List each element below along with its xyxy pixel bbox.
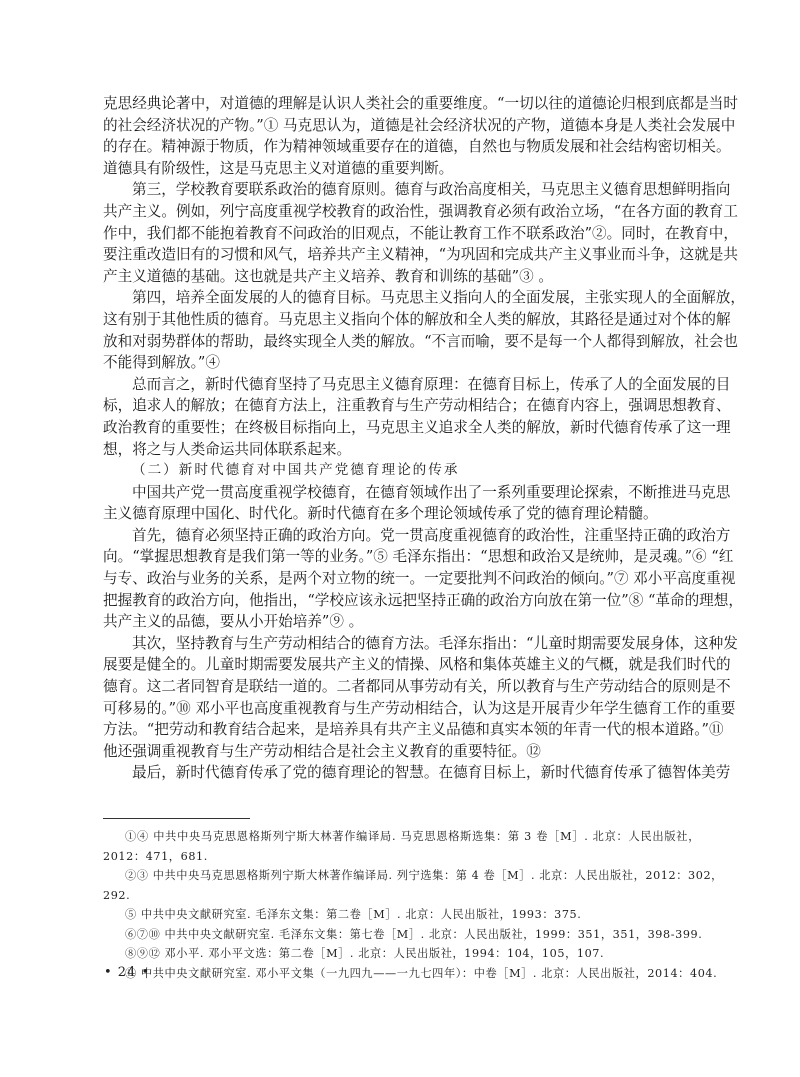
footnote-divider [103, 818, 250, 819]
body-line: 共产主义的品德，要从小开始培养”⑨ 。 [103, 611, 700, 633]
body-line: 克思经典论著中，对道德的理解是认识人类社会的重要维度。“一切以往的道德论归根到底… [103, 93, 700, 115]
footnote-line: ⑧⑨⑫ 邓小平. 邓小平文选：第二卷［M］. 北京：人民出版社，1994：104… [103, 944, 700, 964]
section-heading: （二）新时代德育对中国共产党德育理论的传承 [103, 460, 700, 482]
page-number: • 24 • [104, 965, 150, 980]
body-line: 作中，我们都不能抱着教育不问政治的旧观点，不能让教育工作不联系政治”②。同时，在… [103, 223, 700, 245]
body-line: 第三，学校教育要联系政治的德育原则。德育与政治高度相关，马克思主义德育思想鲜明指… [103, 179, 700, 201]
footnote-line: ②③ 中共中央马克思恩格斯列宁斯大林著作编译局. 列宁选集：第 4 卷［M］. … [103, 866, 700, 886]
body-line: 主义德育原理中国化、时代化。新时代德育在多个理论领域传承了党的德育理论精髓。 [103, 503, 700, 525]
body-line: 政治教育的重要性；在终极目标指向上，马克思主义追求全人类的解放，新时代德育传承了… [103, 417, 700, 439]
body-line: 的存在。精神源于物质，作为精神领域重要存在的道德，自然也与物质发展和社会结构密切… [103, 136, 700, 158]
body-line: 德育。这二者同智育是联结一道的。二者都同从事劳动有关，所以教育与生产劳动结合的原… [103, 676, 700, 698]
body-line: 首先，德育必须坚持正确的政治方向。党一贯高度重视德育的政治性，注重坚持正确的政治… [103, 525, 700, 547]
body-line: 中国共产党一贯高度重视学校德育，在德育领域作出了一系列重要理论探索，不断推进马克… [103, 482, 700, 504]
body-line: 放和对弱势群体的帮助，最终实现全人类的解放。“不言而喻，要不是每一个人都得到解放… [103, 331, 700, 353]
body-line: 想，将之与人类命运共同体联系起来。 [103, 439, 700, 461]
body-line: 这有别于其他性质的德育。马克思主义指向个体的解放和全人类的解放，其路径是通过对个… [103, 309, 700, 331]
footnote-line: ⑤ 中共中央文献研究室. 毛泽东文集：第二卷［M］. 北京：人民出版社，1993… [103, 905, 700, 925]
body-line: 共产主义。例如，列宁高度重视学校教育的政治性，强调教育必须有政治立场，“在各方面… [103, 201, 700, 223]
body-line: 其次，坚持教育与生产劳动相结合的德育方法。毛泽东指出：“儿童时期需要发展身体，这… [103, 633, 700, 655]
footnote-line: ⑥⑦⑩ 中共中央文献研究室. 毛泽东文集：第七卷［M］. 北京：人民出版社，19… [103, 925, 700, 945]
footnote-line: 2012：471，681. [103, 847, 700, 867]
body-line: 他还强调重视教育与生产劳动相结合是社会主义教育的重要特征。⑫ [103, 741, 700, 763]
body-line: 方法。“把劳动和教育结合起来，是培养具有共产主义品德和真实本领的年青一代的根本道… [103, 719, 700, 741]
body-line: 道德具有阶级性，这是马克思主义对道德的重要判断。 [103, 158, 700, 180]
body-line: 产主义道德的基础。这也就是共产主义培养、教育和训练的基础”③ 。 [103, 266, 700, 288]
body-line: 展要是健全的。儿童时期需要发展共产主义的情操、风格和集体英雄主义的气概，就是我们… [103, 654, 700, 676]
body-line: 标，追求人的解放；在德育方法上，注重教育与生产劳动相结合；在德育内容上，强调思想… [103, 395, 700, 417]
body-line: 把握教育的政治方向，他指出，“学校应该永远把坚持正确的政治方向放在第一位”⑧ “… [103, 590, 700, 612]
body-line: 不能得到解放。”④ [103, 352, 700, 374]
body-line: 与专、政治与业务的关系，是两个对立物的统一。一定要批判不问政治的倾向。”⑦ 邓小… [103, 568, 700, 590]
body-line: 第四，培养全面发展的人的德育目标。马克思主义指向人的全面发展，主张实现人的全面解… [103, 287, 700, 309]
body-line: 可移易的。”⑩ 邓小平也高度重视教育与生产劳动相结合，认为这是开展青少年学生德育… [103, 698, 700, 720]
body-text: 克思经典论著中，对道德的理解是认识人类社会的重要维度。“一切以往的道德论归根到底… [103, 93, 700, 784]
body-line: 的社会经济状况的产物。”① 马克思认为，道德是社会经济状况的产物，道德本身是人类… [103, 115, 700, 137]
body-line: 要注重改造旧有的习惯和风气，培养共产主义精神，“为巩固和完成共产主义事业而斗争，… [103, 244, 700, 266]
footnote-line: ①④ 中共中央马克思恩格斯列宁斯大林著作编译局. 马克思恩格斯选集：第 3 卷［… [103, 827, 700, 847]
body-line: 向。“掌握思想教育是我们第一等的业务。”⑤ 毛泽东指出：“思想和政治又是统帅，是… [103, 546, 700, 568]
footnote-line: 292. [103, 886, 700, 906]
footnote-line: ⑪ 中共中央文献研究室. 邓小平文集（一九四九——一九七四年）：中卷［M］. 北… [103, 964, 700, 984]
body-line: 最后，新时代德育传承了党的德育理论的智慧。在德育目标上，新时代德育传承了德智体美… [103, 762, 700, 784]
body-line: 总而言之，新时代德育坚持了马克思主义德育原理：在德育目标上，传承了人的全面发展的… [103, 374, 700, 396]
footnotes: ①④ 中共中央马克思恩格斯列宁斯大林著作编译局. 马克思恩格斯选集：第 3 卷［… [103, 827, 700, 983]
